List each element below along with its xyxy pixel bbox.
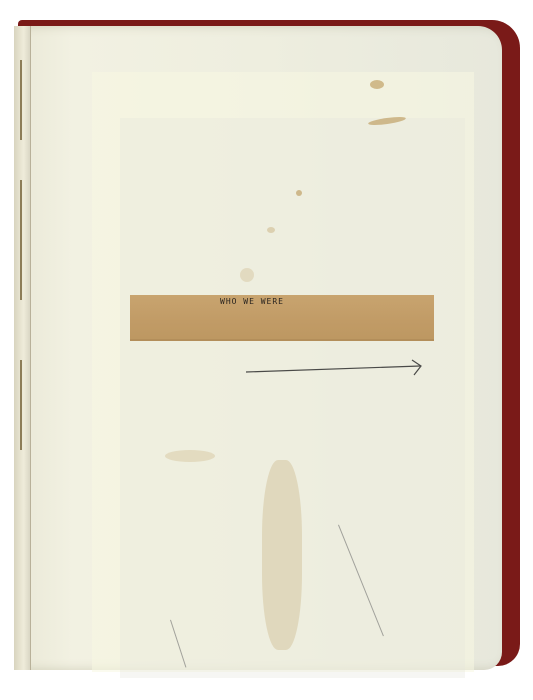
binding-stitch [20, 360, 22, 450]
stain [296, 190, 302, 196]
water-stain [262, 460, 302, 650]
hand-drawn-arrow-icon [246, 358, 426, 380]
stain [370, 80, 384, 89]
page-binding [14, 26, 31, 670]
stain [267, 227, 275, 233]
strip-text: WHO WE WERE [220, 297, 284, 306]
taped-strip: WHO WE WERE [130, 295, 434, 341]
stain [240, 268, 254, 282]
stain [165, 450, 215, 462]
binding-stitch [20, 180, 22, 300]
binding-stitch [20, 60, 22, 140]
